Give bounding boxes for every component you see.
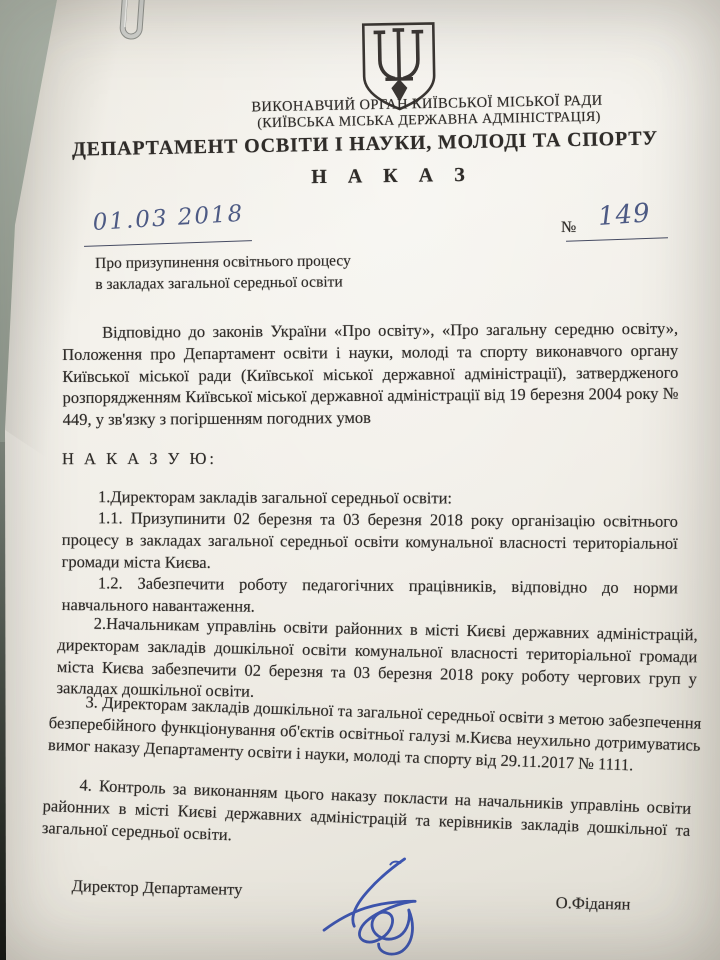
- order-item-1: 1.Директорам закладів загальної середньо…: [62, 486, 678, 510]
- signatory-title: Директор Департаменту: [72, 876, 243, 900]
- paperclip-icon: [112, 0, 150, 55]
- signatory-name: О.Фіданян: [556, 893, 631, 915]
- subject-block: Про призупинення освітнього процесу в за…: [95, 251, 351, 295]
- preamble-paragraph: Відповідно до законів України «Про освіт…: [62, 318, 679, 431]
- subject-line2: в закладах загальної середньої освіти: [95, 272, 351, 295]
- subject-line1: Про призупинення освітнього процесу: [95, 251, 351, 274]
- order-heading: Н А К А З У Ю:: [62, 449, 217, 469]
- handwritten-number: 149: [597, 198, 652, 232]
- document-photo: ВИКОНАВЧИЙ ОРГАН КИЇВСЬКОЇ МІСЬКОЇ РАДИ …: [0, 0, 720, 960]
- order-item-1-1: 1.1. Призупинити 02 березня та 03 березн…: [62, 507, 678, 576]
- handwritten-signature-icon: [313, 848, 442, 960]
- number-label: №: [561, 219, 576, 237]
